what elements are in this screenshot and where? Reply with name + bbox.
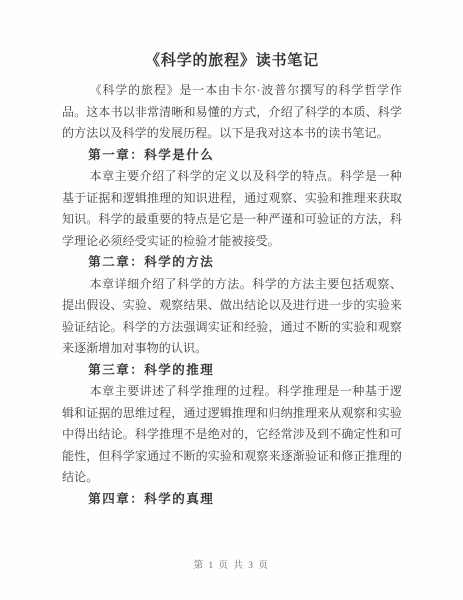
- page-number-indicator: 第 1 页 共 3 页: [0, 557, 463, 571]
- chapter-heading: 第四章：科学的真理: [62, 489, 402, 511]
- chapter-heading: 第一章：科学是什么: [62, 145, 402, 167]
- chapter-heading: 第三章：科学的推理: [62, 360, 402, 382]
- body-paragraph: 本章详细介绍了科学的方法。科学的方法主要包括观察、提出假设、实验、观察结果、做出…: [62, 274, 402, 360]
- document-page: 《科学的旅程》读书笔记 《科学的旅程》是一本由卡尔·波普尔撰写的科学哲学作品。这…: [0, 0, 463, 600]
- document-title: 《科学的旅程》读书笔记: [62, 50, 402, 72]
- body-paragraph: 本章主要介绍了科学的定义以及科学的特点。科学是一种基于证据和逻辑推理的知识进程，…: [62, 166, 402, 252]
- body-paragraph: 本章主要讲述了科学推理的过程。科学推理是一种基于逻辑和证据的思维过程，通过逻辑推…: [62, 381, 402, 489]
- chapter-heading: 第二章：科学的方法: [62, 252, 402, 274]
- document-body: 《科学的旅程》是一本由卡尔·波普尔撰写的科学哲学作品。这本书以非常清晰和易懂的方…: [62, 80, 402, 510]
- body-paragraph: 《科学的旅程》是一本由卡尔·波普尔撰写的科学哲学作品。这本书以非常清晰和易懂的方…: [62, 80, 402, 145]
